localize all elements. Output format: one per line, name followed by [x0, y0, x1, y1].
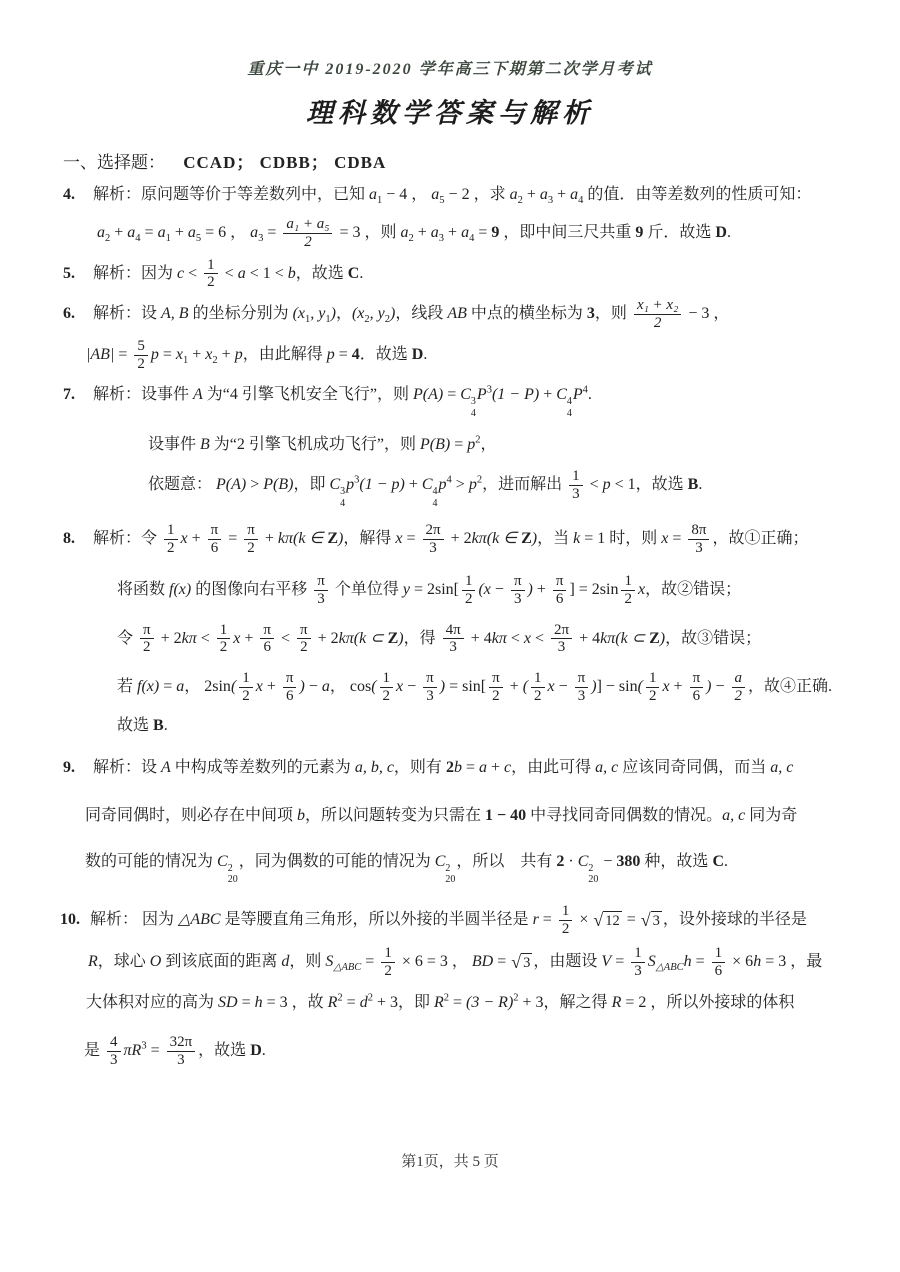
math-run: a [322, 678, 330, 695]
text-run: 个单位得 [331, 581, 403, 598]
text-run: · [564, 853, 577, 870]
text-run: 大体积对应的高为 [86, 994, 218, 1011]
text-run: ，故选 [296, 265, 348, 282]
text-run: = [450, 436, 467, 453]
fraction: 12 [646, 670, 660, 705]
math-run: kπ(k ⊂ [600, 630, 649, 647]
text-run: . [724, 853, 728, 870]
fraction-numerator: 8π [688, 522, 709, 540]
fraction-numerator: 1 [381, 945, 395, 963]
math-run: R [88, 953, 98, 970]
text-run: ，故④正确. [748, 678, 832, 695]
combination-subscript: 4 [567, 408, 572, 420]
fraction: 12 [621, 573, 635, 608]
fraction-numerator: 1 [204, 257, 218, 275]
text-run: ， cos [330, 678, 371, 695]
text-run: = [611, 953, 628, 970]
solution-line: 10.解析： 因为 △ABC 是等腰直角三角形，所以外接的半圆半径是 r = 1… [0, 902, 900, 939]
answers-line: 一、选择题： CCAD； CDBB； CDBA [0, 148, 900, 173]
math-run: S [648, 953, 656, 970]
solution-line: 5.解析：因为 c < 12 < a < 1 < b，故选 C. [0, 256, 900, 293]
math-run: p [469, 476, 477, 493]
text-run: 中构成等差数列的元素为 [171, 759, 355, 776]
text-run: < [531, 630, 548, 647]
fraction: π3 [314, 573, 328, 608]
fraction-numerator: π [140, 622, 154, 640]
text-run: 的图像向右平移 [191, 581, 311, 598]
math-run: d [360, 994, 368, 1011]
math-run: , y [370, 305, 385, 322]
text-run: = 3 ，最 [761, 953, 822, 970]
solution-item-6: 6.解析：设 A, B 的坐标分别为 (x1, y1)，(x2, y2)，线段 … [0, 296, 900, 373]
text-run: B [688, 476, 699, 493]
text-run: < 1，故选 [611, 476, 688, 493]
fraction: 16 [712, 945, 726, 980]
fraction: 2π3 [551, 622, 572, 657]
math-run: a [479, 759, 487, 776]
math-run: A [161, 759, 171, 776]
fraction-numerator: π [297, 622, 311, 640]
fraction-denominator: 2 [140, 639, 154, 656]
text-run: > [452, 476, 469, 493]
text-run: 令 [117, 630, 137, 647]
text-run: − [599, 853, 616, 870]
text-run: = 2sin[ [410, 581, 459, 598]
math-run: kπ(k ∈ [472, 530, 521, 547]
text-run: + [539, 386, 556, 403]
combination-superscript: 2 [445, 863, 450, 875]
math-run: A [193, 386, 203, 403]
text-run: < [221, 265, 238, 282]
math-run: f(x) [137, 678, 159, 695]
math-run: b [288, 265, 296, 282]
text-run: 解析： 因为 [90, 911, 178, 928]
text-run: + [261, 530, 278, 547]
combination-subscript: 20 [228, 874, 238, 886]
text-run: < [586, 476, 603, 493]
text-run: ] − sin [597, 678, 638, 695]
math-run: a [188, 224, 196, 241]
solution-line: 设事件 B 为“2 引擎飞机成功飞行”，则 P(B) = p2， [0, 435, 900, 455]
math-run: a [158, 224, 166, 241]
text-run: 3 [587, 305, 595, 322]
math-run: (1 − p) [359, 476, 404, 493]
text-run: 种，故选 [640, 853, 712, 870]
text-run: ，所以问题转变为只需在 [305, 807, 485, 824]
fraction-denominator: 3 [423, 688, 437, 705]
fraction-numerator: π [283, 670, 297, 688]
combination-base: C [435, 853, 446, 870]
text-run: 同奇同偶时，则必存在中间项 [85, 807, 297, 824]
combination-indices: 44 [567, 396, 572, 419]
fraction: π3 [575, 670, 589, 705]
math-run: (x [352, 305, 364, 322]
text-run: − [491, 581, 508, 598]
text-run: = [263, 224, 280, 241]
text-run: D [715, 224, 727, 241]
text-run: 同为奇 [745, 807, 797, 824]
radicand: 3 [521, 953, 532, 973]
math-run: p [603, 476, 611, 493]
solution-line: R，球心 O 到该底面的距离 d，则 S△ABC = 12 × 6 = 3 ， … [0, 944, 900, 981]
math-run: (1 − P) [492, 386, 539, 403]
fraction: 12 [380, 670, 394, 705]
fraction-denominator: 6 [690, 688, 704, 705]
math-run: p [235, 346, 243, 363]
math-run: ( [638, 678, 643, 695]
fraction-denominator: 6 [260, 639, 274, 656]
solution-item-7: 7.解析：设事件 A 为“4 引擎飞机安全飞行”，则 P(A) = C34P3(… [0, 385, 900, 509]
text-run: = sin[ [445, 678, 486, 695]
text-run: = 1 时，则 [580, 530, 661, 547]
fraction-numerator: 1 [531, 670, 545, 688]
text-run: 是 [84, 1042, 104, 1059]
fraction-denominator: 6 [712, 963, 726, 980]
text-run: 2 [446, 759, 454, 776]
text-run: Z [521, 530, 532, 547]
text-run: 解析：令 [93, 530, 161, 547]
item-number: 7. [63, 385, 93, 405]
fraction-denominator: 2 [621, 591, 635, 608]
text-run: ，球心 [98, 953, 150, 970]
math-run: p [346, 476, 354, 493]
solution-line: 令 π2 + 2kπ < 12x + π6 < π2 + 2kπ(k ⊂ Z)，… [0, 621, 900, 658]
fraction-denominator: 2 [134, 356, 148, 373]
text-run: = [141, 224, 158, 241]
math-run: (x [293, 305, 305, 322]
text-run: + 2 [447, 530, 472, 547]
text-run: = 3 ，故 [263, 994, 328, 1011]
fraction: π2 [140, 622, 154, 657]
fraction-numerator: 1 [631, 945, 645, 963]
text-run: 中点的横坐标为 [467, 305, 587, 322]
combination-indices: 34 [340, 486, 345, 509]
fraction: π6 [553, 573, 567, 608]
text-run: = [335, 346, 352, 363]
fraction: 12 [164, 522, 178, 557]
solution-line: 8.解析：令 12x + π6 = π2 + kπ(k ∈ Z)，解得 x = … [0, 521, 900, 558]
math-run: V [601, 953, 611, 970]
text-run: . [262, 1042, 266, 1059]
math-run: a [401, 224, 409, 241]
fraction-denominator: 2 [301, 234, 315, 251]
math-run: A, B [161, 305, 189, 322]
fraction: a₁ + a₅2 [283, 216, 332, 251]
solution-line: 若 f(x) = a， 2sin(12x + π6) − a， cos(12x … [0, 669, 900, 706]
text-run: = [159, 678, 176, 695]
answers-label: 一、选择题： [63, 153, 165, 172]
radical-sign: √ [593, 911, 603, 930]
math-run: |AB| [86, 346, 114, 363]
fraction-denominator: 3 [314, 591, 328, 608]
text-run: ，则 [289, 953, 325, 970]
text-run: < [277, 630, 294, 647]
item-number: 10. [60, 910, 90, 930]
fraction-denominator: 2 [381, 963, 395, 980]
text-run: 斤．故选 [643, 224, 715, 241]
solution-line: 是 43πR3 = 32π3，故选 D. [0, 1033, 900, 1070]
text-run: ，由此解得 [243, 346, 327, 363]
item-number: 4. [63, 185, 93, 205]
text-run: + 2 [314, 630, 339, 647]
solution-line: 大体积对应的高为 SD = h = 3 ，故 R2 = d2 + 3，即 R2 … [0, 993, 900, 1013]
math-run: kπ [492, 630, 507, 647]
subscript: △ABC [656, 962, 684, 973]
text-run: ，进而解出 [482, 476, 566, 493]
text-run: = [238, 994, 255, 1011]
text-run: . [164, 717, 168, 734]
text-run: ，解得 [343, 530, 395, 547]
fraction-denominator: 2 [297, 639, 311, 656]
math-run: y [403, 581, 410, 598]
text-run: + [444, 224, 461, 241]
math-run: a, c [595, 759, 618, 776]
text-run: . [698, 476, 702, 493]
fraction: π3 [423, 670, 437, 705]
solution-line: 6.解析：设 A, B 的坐标分别为 (x1, y1)，(x2, y2)，线段 … [0, 296, 900, 333]
text-run: = [623, 911, 640, 928]
fraction-denominator: 3 [426, 540, 440, 557]
text-run: 应该同奇同偶，而当 [618, 759, 770, 776]
item-number: 8. [63, 529, 93, 549]
combination-superscript: 4 [567, 396, 572, 408]
text-run: = [402, 530, 419, 547]
solution-line: a2 + a4 = a1 + a5 = 6 ， a3 = a₁ + a₅2 = … [0, 215, 900, 252]
text-run: ．故选 [360, 346, 412, 363]
math-run: a, b, c [355, 759, 394, 776]
page-number: 第1页，共 5 页 [0, 1150, 900, 1171]
text-run: 故选 [117, 717, 153, 734]
solution-item-4: 4.解析：原问题等价于等差数列中，已知 a1 − 4 ， a5 − 2 ，求 a… [0, 185, 900, 252]
text-run: ，故①正确； [712, 530, 808, 547]
text-run: = [449, 994, 466, 1011]
fraction: a2 [732, 670, 746, 705]
math-run: SD [218, 994, 238, 1011]
math-run: AB [447, 305, 467, 322]
fraction-denominator: 3 [575, 688, 589, 705]
math-run: a [238, 265, 246, 282]
text-run: + [188, 530, 205, 547]
text-run: . [423, 346, 427, 363]
math-run: R [612, 994, 622, 1011]
combination-indices: 44 [433, 486, 438, 509]
text-run: 解析：设 [93, 305, 161, 322]
combination-base: C [329, 476, 340, 493]
fraction-numerator: π [553, 573, 567, 591]
fraction-denominator: 3 [569, 486, 583, 503]
math-run: x [662, 678, 669, 695]
fraction-denominator: 3 [107, 1052, 121, 1069]
fraction-denominator: 3 [446, 639, 460, 656]
combination-superscript: 3 [340, 486, 345, 498]
text-run: 解析：原问题等价于等差数列中，已知 [93, 186, 369, 203]
text-run: ，故③错误； [665, 630, 761, 647]
text-run: − 4 ， [382, 186, 431, 203]
math-run: (x [478, 581, 490, 598]
fraction-denominator: 3 [511, 591, 525, 608]
fraction: 12 [239, 670, 253, 705]
fraction-denominator: 2 [164, 540, 178, 557]
text-run: = 3 ，则 [335, 224, 400, 241]
fraction-denominator: 3 [692, 540, 706, 557]
fraction-numerator: π [260, 622, 274, 640]
fraction-denominator: 2 [559, 921, 573, 938]
fraction-numerator: 1 [239, 670, 253, 688]
solution-item-9: 9.解析：设 A 中构成等差数列的元素为 a, b, c，则有 2b = a +… [0, 758, 900, 886]
combination-superscript: 3 [471, 396, 476, 408]
answer-key: CCAD； CDBB； CDBA [183, 153, 386, 172]
fraction-numerator: 1 [569, 468, 583, 486]
text-run: 380 [616, 853, 640, 870]
combination-base: C [556, 386, 567, 403]
combination-base: C [217, 853, 228, 870]
math-run: R [328, 994, 338, 1011]
text-run: . [727, 224, 731, 241]
math-run: P [477, 386, 487, 403]
combination-subscript: 20 [588, 874, 598, 886]
fraction-numerator: a [732, 670, 746, 688]
fraction-denominator: 2 [217, 639, 231, 656]
solution-item-8: 8.解析：令 12x + π6 = π2 + kπ(k ∈ Z)，解得 x = … [0, 521, 900, 735]
text-run: = [443, 386, 460, 403]
text-run: = [361, 953, 378, 970]
fraction: π2 [244, 522, 258, 557]
fraction: 4π3 [443, 622, 464, 657]
fraction-numerator: 1 [646, 670, 660, 688]
math-run: a [250, 224, 258, 241]
text-run: . [588, 386, 592, 403]
text-run: = 6 ， [201, 224, 250, 241]
text-run: 是等腰直角三角形，所以外接的半圆半径是 [221, 911, 533, 928]
text-run: 若 [117, 678, 137, 695]
text-run: + [670, 678, 687, 695]
text-run: + [506, 678, 523, 695]
fraction-denominator: 2 [531, 688, 545, 705]
fraction-numerator: 4 [107, 1034, 121, 1052]
text-run: ， 2sin [184, 678, 231, 695]
fraction-denominator: 2 [732, 688, 746, 705]
text-run: + 2 [157, 630, 182, 647]
fraction: 2π3 [423, 522, 444, 557]
fraction-numerator: 1 [462, 573, 476, 591]
combination-subscript: 4 [433, 498, 438, 510]
fraction-denominator: 6 [553, 591, 567, 608]
math-run: kπ [182, 630, 197, 647]
fraction-numerator: 32π [167, 1034, 196, 1052]
solution-line: 数的可能的情况为 C220，同为偶数的可能的情况为 C220，所以 共有 2 ·… [0, 852, 900, 886]
text-run: = [474, 224, 491, 241]
fraction-denominator: 3 [631, 963, 645, 980]
text-run: ，即 [293, 476, 329, 493]
combination-base: C [460, 386, 471, 403]
text-run: < [507, 630, 524, 647]
text-run: = [493, 953, 510, 970]
text-run: D [250, 1042, 262, 1059]
fraction: π6 [283, 670, 297, 705]
text-run: + 3，解之得 [519, 994, 612, 1011]
text-run: 解析：设 [93, 759, 161, 776]
math-run: R [434, 994, 444, 1011]
math-run: p [151, 346, 159, 363]
text-run: − [403, 678, 420, 695]
fraction: 13 [569, 468, 583, 503]
fraction-numerator: 1 [621, 573, 635, 591]
math-run: h [255, 994, 263, 1011]
text-run: − [555, 678, 572, 695]
text-run: ，所以 共有 [456, 853, 556, 870]
math-run: x [548, 678, 555, 695]
text-run: = [539, 911, 556, 928]
text-run: ，故②错误； [645, 581, 741, 598]
math-run: πR [124, 1042, 142, 1059]
combination-superscript: 4 [433, 486, 438, 498]
solution-line: 4.解析：原问题等价于等差数列中，已知 a1 − 4 ， a5 − 2 ，求 a… [0, 185, 900, 205]
combination-subscript: 4 [471, 408, 476, 420]
math-run: h [753, 953, 761, 970]
math-run: BD [472, 953, 493, 970]
text-run: Z [327, 530, 338, 547]
math-run: ( [371, 678, 376, 695]
math-run: P(A) [413, 386, 443, 403]
combination-indices: 220 [445, 863, 455, 886]
text-run: < [184, 265, 201, 282]
text-run: + [218, 346, 235, 363]
fraction-denominator: 3 [555, 639, 569, 656]
sqrt-expression: √3 [641, 911, 662, 931]
text-run: B [153, 717, 164, 734]
solution-line: 将函数 f(x) 的图像向右平移 π3 个单位得 y = 2sin[12(x −… [0, 572, 900, 609]
math-run: a [540, 186, 548, 203]
math-run: a [461, 224, 469, 241]
fraction: 8π3 [688, 522, 709, 557]
math-run: a, c [770, 759, 793, 776]
text-run: < 1 < [246, 265, 288, 282]
math-run: (3 − R) [466, 994, 513, 1011]
text-run: 1 − 40 [485, 807, 526, 824]
sqrt-expression: √3 [511, 953, 532, 973]
radicand: 3 [651, 911, 662, 931]
solution-line: |AB| = 52p = x1 + x2 + p，由此解得 p = 4．故选 D… [0, 337, 900, 374]
fraction-numerator: 2π [423, 522, 444, 540]
math-run: p [439, 476, 447, 493]
text-run: + [110, 224, 127, 241]
fraction: x₁ + x₂2 [634, 297, 681, 332]
text-run: ，由此可得 [511, 759, 595, 776]
text-run: . [359, 265, 363, 282]
fraction-denominator: 2 [462, 591, 476, 608]
math-run: a [570, 186, 578, 203]
text-run: 的值．由等差数列的性质可知： [583, 186, 811, 203]
text-run: ，设外接球的半径是 [663, 911, 807, 928]
fraction: π6 [260, 622, 274, 657]
math-run: a [510, 186, 518, 203]
text-run: × 6 = 3 ， [398, 953, 472, 970]
text-run: ，由题设 [533, 953, 601, 970]
fraction-denominator: 3 [174, 1052, 188, 1069]
text-run: 中寻找同奇同偶数的情况。 [526, 807, 722, 824]
fraction: π3 [511, 573, 525, 608]
combination-base: C [422, 476, 433, 493]
fraction-numerator: π [575, 670, 589, 688]
text-run: C [348, 265, 360, 282]
fraction-numerator: x₁ + x₂ [634, 297, 681, 315]
radical-sign: √ [511, 953, 521, 972]
fraction: 43 [107, 1034, 121, 1069]
text-run: + 3，即 [373, 994, 434, 1011]
text-run: 依题意： [148, 476, 216, 493]
math-run: P(A) [216, 476, 246, 493]
fraction-numerator: π [423, 670, 437, 688]
